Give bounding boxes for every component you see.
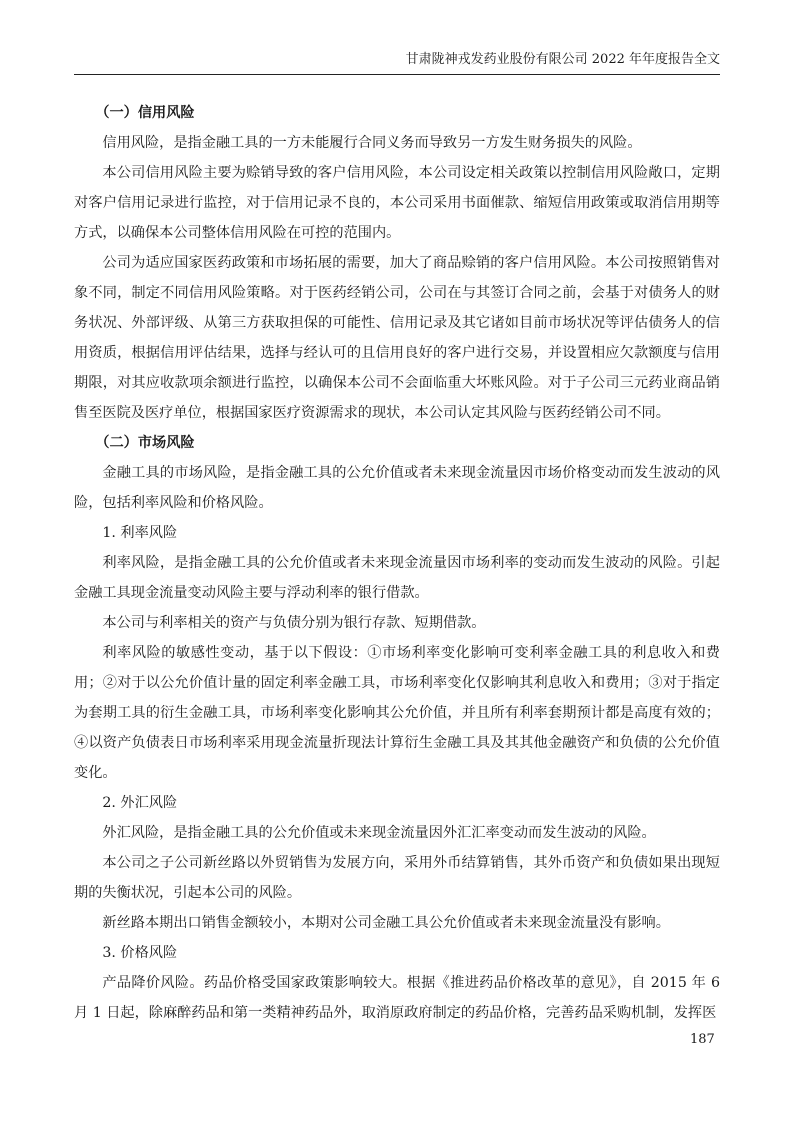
paragraph: 本公司之子公司新丝路以外贸销售为发展方向，采用外币结算销售，其外币资产和负债如果…	[74, 848, 720, 908]
paragraph: 利率风险，是指金融工具的公允价值或者未来现金流量因市场利率的变动而发生波动的风险…	[74, 548, 720, 608]
paragraph: 利率风险的敏感性变动，基于以下假设：①市场利率变化影响可变利率金融工具的利息收入…	[74, 638, 720, 788]
page-number: 187	[690, 1032, 715, 1047]
paragraph: 产品降价风险。药品价格受国家政策影响较大。根据《推进药品价格改革的意见》，自 2…	[74, 968, 720, 1028]
paragraph: 金融工具的市场风险，是指金融工具的公允价值或者未来现金流量因市场价格变动而发生波…	[74, 458, 720, 518]
header-title: 甘肃陇神戎发药业股份有限公司 2022 年年度报告全文	[406, 52, 720, 67]
paragraph: 公司为适应国家医药政策和市场拓展的需要，加大了商品赊销的客户信用风险。本公司按照…	[74, 248, 720, 428]
paragraph: 外汇风险，是指金融工具的公允价值或未来现金流量因外汇汇率变动而发生波动的风险。	[74, 818, 720, 848]
subsection-heading-price-risk: 3. 价格风险	[74, 938, 720, 968]
section-heading-credit-risk: （一）信用风险	[74, 98, 720, 128]
section-heading-market-risk: （二）市场风险	[74, 428, 720, 458]
paragraph: 本公司信用风险主要为赊销导致的客户信用风险，本公司设定相关政策以控制信用风险敞口…	[74, 158, 720, 248]
paragraph: 新丝路本期出口销售金额较小，本期对公司金融工具公允价值或者未来现金流量没有影响。	[74, 908, 720, 938]
paragraph: 本公司与利率相关的资产与负债分别为银行存款、短期借款。	[74, 608, 720, 638]
subsection-heading-fx-risk: 2. 外汇风险	[74, 788, 720, 818]
document-body: （一）信用风险 信用风险，是指金融工具的一方未能履行合同义务而导致另一方发生财务…	[74, 98, 720, 1028]
subsection-heading-interest-rate-risk: 1. 利率风险	[74, 518, 720, 548]
paragraph: 信用风险，是指金融工具的一方未能履行合同义务而导致另一方发生财务损失的风险。	[74, 128, 720, 158]
page-header: 甘肃陇神戎发药业股份有限公司 2022 年年度报告全文	[74, 50, 720, 75]
